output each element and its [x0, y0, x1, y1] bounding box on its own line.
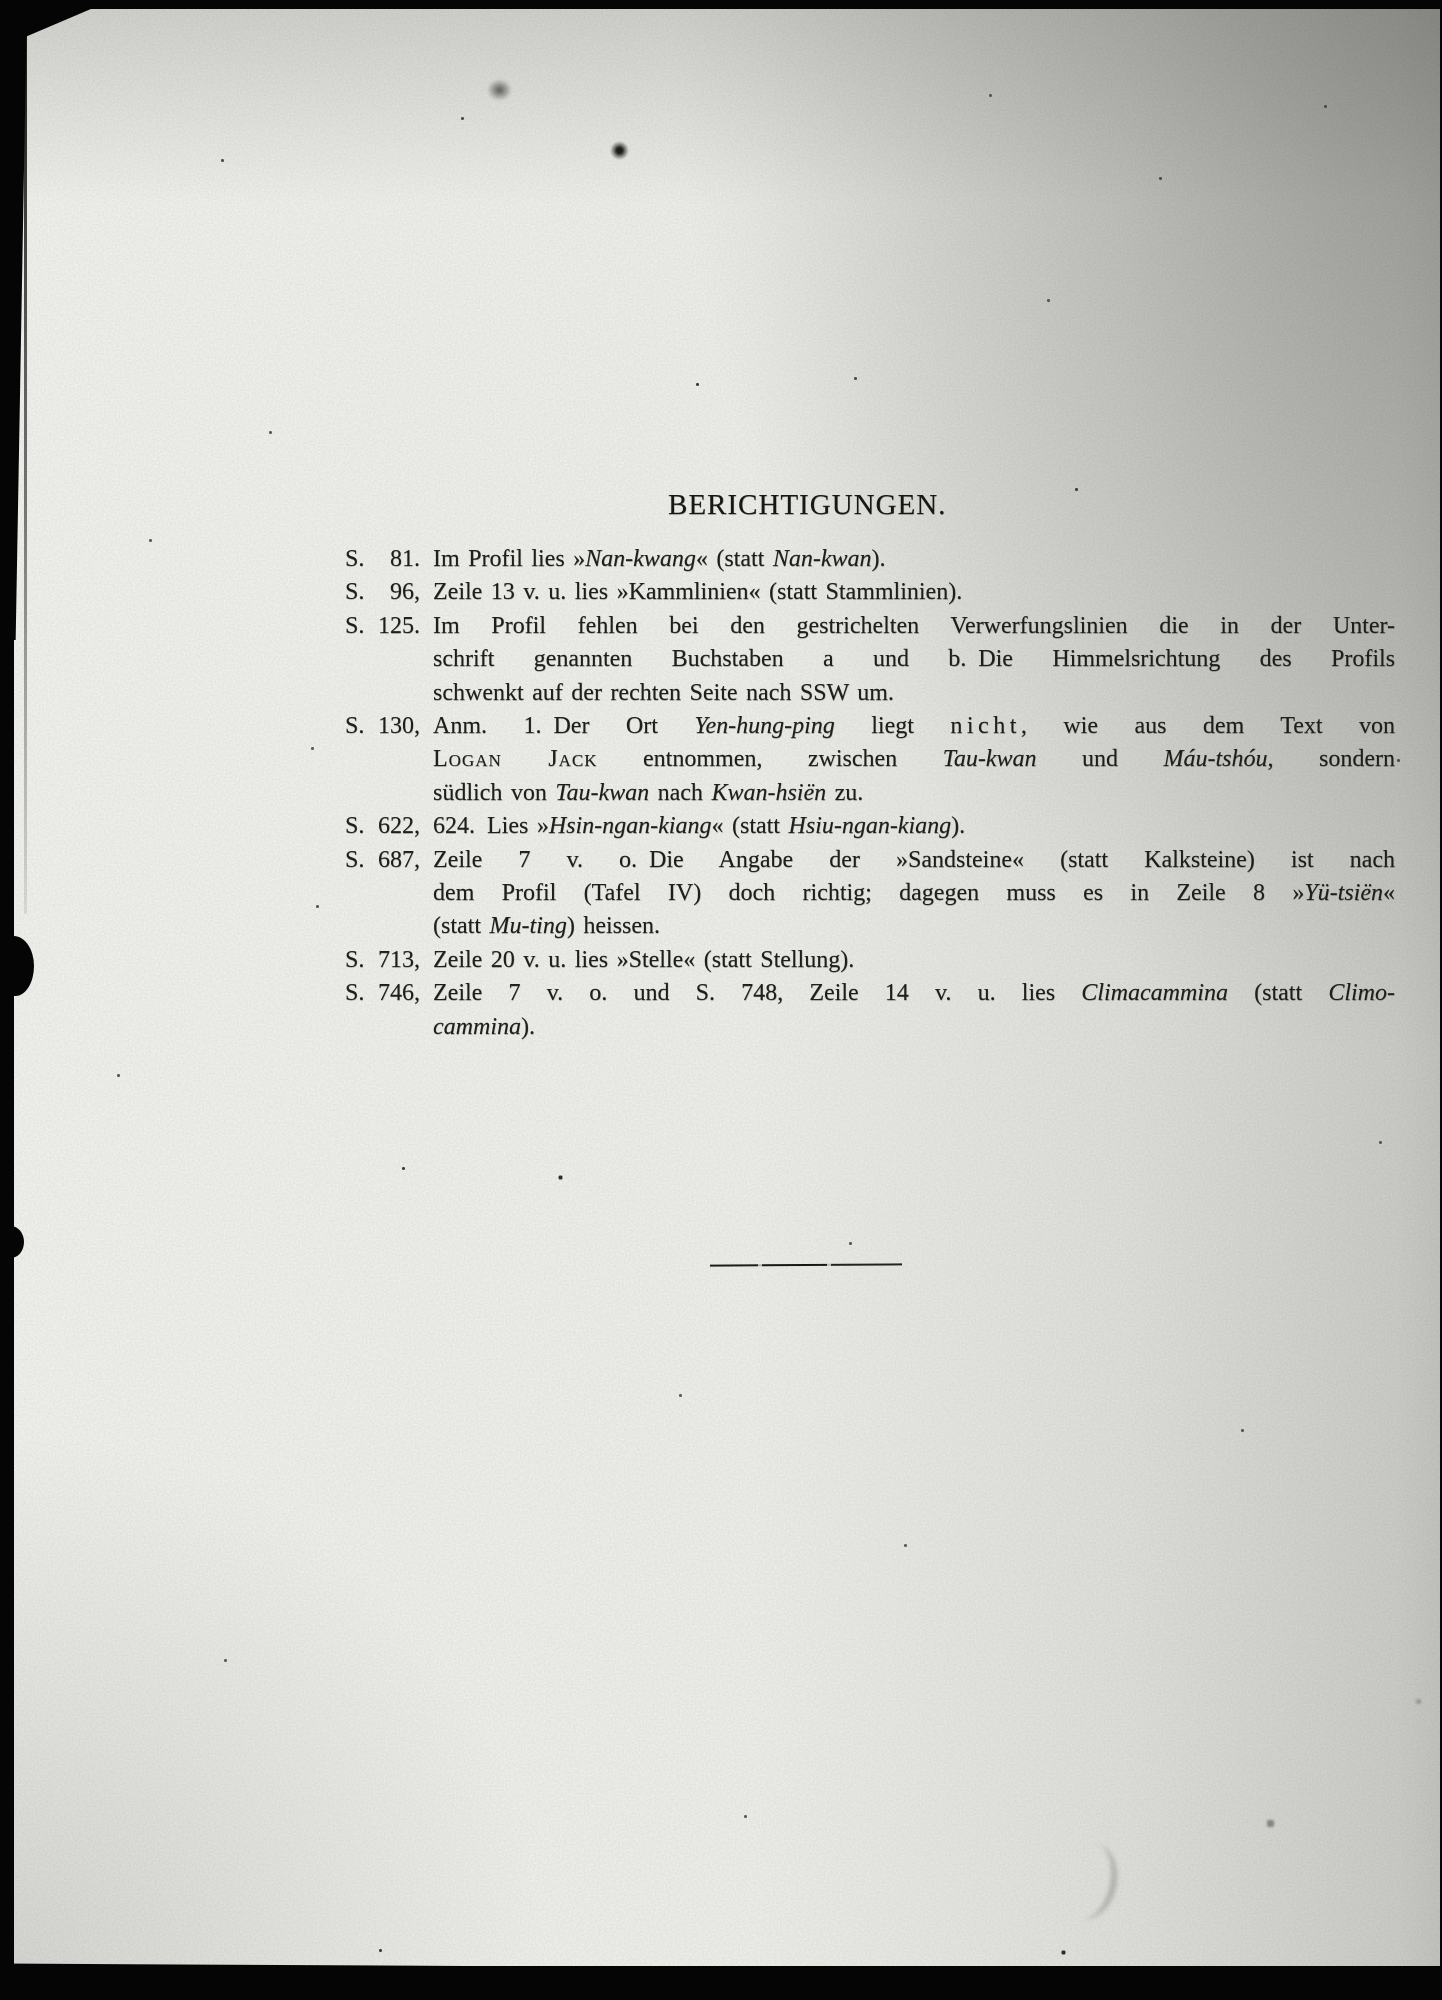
entry-text: Zeile 7 v. o. Die Angabe der »Sandsteine…	[433, 844, 1395, 944]
paper-specks	[0, 0, 1, 1]
italic-term: Climo-	[1328, 980, 1395, 1006]
errata-entry: S.687,Zeile 7 v. o. Die Angabe der »Sand…	[345, 844, 1395, 944]
entry-page-ref: S.746,	[345, 977, 420, 1010]
entry-page-number: 81.	[390, 543, 420, 576]
errata-entry: S.622,624. Lies »Hsin-ngan-kiang« (statt…	[345, 810, 1395, 843]
entry-page-number: 687,	[378, 844, 420, 877]
text-segment: entnommen, zwischen	[598, 746, 943, 772]
entry-seite-abbrev: S.	[345, 610, 364, 643]
entry-text: 624. Lies »Hsin-ngan-kiang« (statt Hsiu-…	[433, 810, 1395, 843]
entry-page-number: 713,	[378, 944, 420, 977]
entry-text-line: dem Profil (Tafel IV) doch richtig; dage…	[433, 877, 1395, 910]
scan-border-left-lower	[0, 600, 14, 2000]
entry-text-line: schrift genannten Buchstaben a und b. Di…	[433, 643, 1395, 676]
text-segment: nach	[649, 780, 711, 806]
entry-text-line: südlich von Tau-kwan nach Kwan-hsiën zu.	[433, 777, 1395, 810]
errata-list: S.81.Im Profil lies »Nan-kwang« (statt N…	[345, 543, 1395, 1044]
text-segment: ).	[951, 813, 965, 839]
entry-text: Zeile 13 v. u. lies »Kammlinien« (statt …	[433, 576, 1395, 609]
text-segment: schrift genannten Buchstaben a und b. Di…	[433, 646, 1395, 672]
italic-term: Tau-kwan	[555, 780, 649, 806]
entry-seite-abbrev: S.	[345, 810, 364, 843]
text-segment: nicht	[950, 713, 1021, 739]
italic-term: Kwan-hsiën	[711, 780, 826, 806]
italic-term: Hsiu-ngan-kiang	[788, 813, 951, 839]
ink-blot	[610, 141, 629, 160]
text-segment: schwenkt auf der rechten Seite nach SSW …	[433, 680, 894, 706]
entry-text: Im Profil lies »Nan-kwang« (statt Nan-kw…	[433, 543, 1395, 576]
italic-term: Hsin-ngan-kiang	[549, 813, 712, 839]
entry-text-line: (statt Mu-ting) heissen.	[433, 910, 1395, 943]
entry-text-line: Im Profil fehlen bei den gestrichelten V…	[433, 610, 1395, 643]
entry-page-ref: S.125.	[345, 610, 420, 643]
entry-text: Im Profil fehlen bei den gestrichelten V…	[433, 610, 1395, 710]
errata-entry: S.130,Anm. 1. Der Ort Yen-hung-ping lieg…	[345, 710, 1395, 810]
text-segment: Zeile 7 v. o. Die Angabe der »Sandsteine…	[433, 847, 1395, 873]
text-segment: ).	[521, 1014, 535, 1040]
entry-text-line: cammina).	[433, 1011, 1395, 1044]
italic-term: Yen-hung-ping	[694, 713, 834, 739]
text-segment: «	[1383, 880, 1395, 906]
italic-term: Nan-kwang	[585, 546, 696, 572]
entry-seite-abbrev: S.	[345, 977, 364, 1010]
errata-entry: S.713,Zeile 20 v. u. lies »Stelle« (stat…	[345, 944, 1395, 977]
text-segment: Logan Jack	[433, 746, 598, 772]
text-segment: 624. Lies »	[433, 813, 549, 839]
text-segment: ).	[872, 546, 886, 572]
text-segment: (statt	[433, 913, 490, 939]
italic-term: Máu-tshóu	[1164, 746, 1268, 772]
text-segment: Zeile 20 v. u. lies »Stelle« (statt Stel…	[433, 947, 854, 973]
text-segment: und	[1036, 746, 1163, 772]
entry-text-line: Zeile 7 v. o. Die Angabe der »Sandsteine…	[433, 844, 1395, 877]
text-segment: « (statt	[711, 813, 788, 839]
errata-entry: S.81.Im Profil lies »Nan-kwang« (statt N…	[345, 543, 1395, 576]
entry-seite-abbrev: S.	[345, 844, 364, 877]
entry-seite-abbrev: S.	[345, 543, 364, 576]
italic-term: Nan-kwan	[773, 546, 872, 572]
entry-text-line: Zeile 20 v. u. lies »Stelle« (statt Stel…	[433, 944, 1395, 977]
errata-entry: S.96,Zeile 13 v. u. lies »Kammlinien« (s…	[345, 576, 1395, 609]
italic-term: Climacammina	[1081, 980, 1228, 1006]
italic-term: cammina	[433, 1014, 521, 1040]
entry-text-line: Logan Jack entnommen, zwischen Tau-kwan …	[433, 743, 1395, 776]
entry-page-ref: S.81.	[345, 543, 420, 576]
text-segment: Im Profil lies »	[433, 546, 585, 572]
italic-term: Yü-tsiën	[1304, 880, 1383, 906]
entry-page-number: 125.	[378, 610, 420, 643]
entry-page-number: 746,	[378, 977, 420, 1010]
text-segment: « (statt	[696, 546, 773, 572]
entry-text-line: Zeile 7 v. o. und S. 748, Zeile 14 v. u.…	[433, 977, 1395, 1010]
text-segment: Im Profil fehlen bei den gestrichelten V…	[433, 613, 1395, 639]
entry-page-ref: S.687,	[345, 844, 420, 877]
entry-text-line: Im Profil lies »Nan-kwang« (statt Nan-kw…	[433, 543, 1395, 576]
entry-text: Zeile 7 v. o. und S. 748, Zeile 14 v. u.…	[433, 977, 1395, 1044]
text-segment: dem Profil (Tafel IV) doch richtig; dage…	[433, 880, 1304, 906]
entry-text: Zeile 20 v. u. lies »Stelle« (statt Stel…	[433, 944, 1395, 977]
italic-term: Mu-ting	[490, 913, 567, 939]
text-segment: Zeile 13 v. u. lies »Kammlinien« (statt …	[433, 579, 962, 605]
text-segment: südlich von	[433, 780, 555, 806]
italic-term: Tau-kwan	[943, 746, 1037, 772]
entry-seite-abbrev: S.	[345, 944, 364, 977]
entry-page-number: 130,	[378, 710, 420, 743]
text-segment: (statt	[1228, 980, 1328, 1006]
text-segment: zu.	[826, 780, 863, 806]
page-title: BERICHTIGUNGEN.	[668, 489, 946, 522]
errata-entry: S.125.Im Profil fehlen bei den gestriche…	[345, 610, 1395, 710]
entry-text: Anm. 1. Der Ort Yen-hung-ping liegt nich…	[433, 710, 1395, 810]
entry-seite-abbrev: S.	[345, 710, 364, 743]
entry-page-ref: S.622,	[345, 810, 420, 843]
entry-text-line: 624. Lies »Hsin-ngan-kiang« (statt Hsiu-…	[433, 810, 1395, 843]
entry-page-number: 622,	[378, 810, 420, 843]
entry-page-ref: S.96,	[345, 576, 420, 609]
entry-text-line: Anm. 1. Der Ort Yen-hung-ping liegt nich…	[433, 710, 1395, 743]
text-segment: Anm. 1. Der Ort	[433, 713, 694, 739]
scanned-book-page: BERICHTIGUNGEN. S.81.Im Profil lies »Nan…	[0, 0, 1442, 2000]
text-segment: , wie aus dem Text von	[1021, 713, 1395, 739]
paper-edge-shadow	[24, 14, 27, 914]
entry-page-ref: S.713,	[345, 944, 420, 977]
text-segment: ) heissen.	[567, 913, 660, 939]
text-segment: liegt	[835, 713, 951, 739]
entry-seite-abbrev: S.	[345, 576, 364, 609]
errata-entry: S.746,Zeile 7 v. o. und S. 748, Zeile 14…	[345, 977, 1395, 1044]
entry-text-line: Zeile 13 v. u. lies »Kammlinien« (statt …	[433, 576, 1395, 609]
entry-text-line: schwenkt auf der rechten Seite nach SSW …	[433, 677, 1395, 710]
text-segment: Zeile 7 v. o. und S. 748, Zeile 14 v. u.…	[433, 980, 1081, 1006]
entry-page-ref: S.130,	[345, 710, 420, 743]
entry-page-number: 96,	[390, 576, 420, 609]
text-segment: , sondern	[1268, 746, 1396, 772]
scan-border-top	[0, 0, 1442, 9]
